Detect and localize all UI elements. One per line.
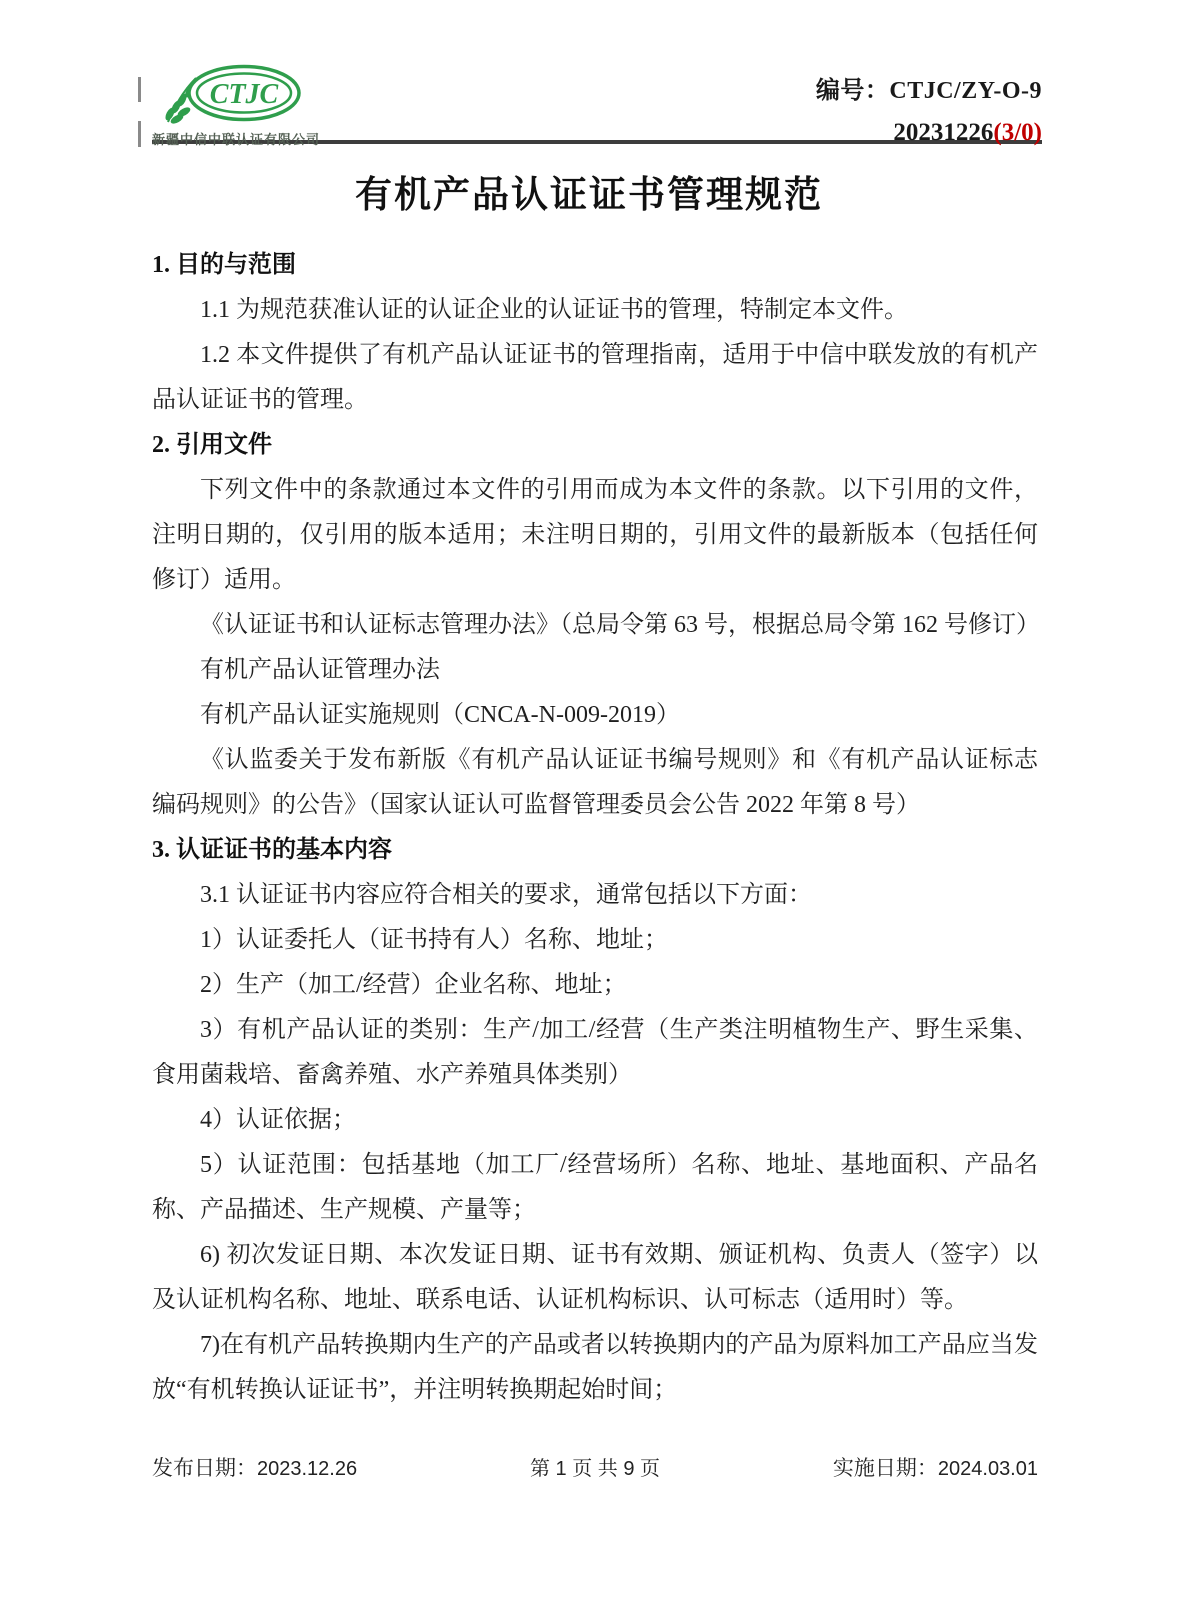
paragraph: 《认证证书和认证标志管理办法》（总局令第 63 号，根据总局令第 162 号修订… <box>152 603 1038 648</box>
page-number-info: 第 1 页 共 9 页 <box>530 1452 660 1481</box>
company-logo: CTJC 新疆中信中联认证有限公司 <box>152 64 320 148</box>
page-title: 有机产品认证证书管理规范 <box>0 164 1178 218</box>
margin-revision-bar <box>138 77 141 102</box>
page-header: CTJC 新疆中信中联认证有限公司 编号：CTJC/ZY-O-9 2023122… <box>152 64 1042 144</box>
paragraph: 4）认证依据； <box>152 1098 1038 1143</box>
paragraph: 6) 初次发证日期、本次发证日期、证书有效期、颁证机构、负责人（签字）以及认证机… <box>152 1233 1038 1323</box>
paragraph: 《认监委关于发布新版《有机产品认证证书编号规则》和《有机产品认证标志编码规则》的… <box>152 738 1038 828</box>
margin-revision-bar <box>138 121 141 147</box>
header-doc-info: 编号：CTJC/ZY-O-9 20231226(3/0) <box>816 70 1042 147</box>
paragraph: 有机产品认证实施规则（CNCA-N-009-2019） <box>152 693 1038 738</box>
page-footer: 发布日期：2023.12.26 第 1 页 共 9 页 实施日期：2024.03… <box>152 1452 1038 1482</box>
document-body: 1. 目的与范围1.1 为规范获准认证的认证企业的认证证书的管理，特制定本文件。… <box>152 243 1038 1413</box>
paragraph: 2）生产（加工/经营）企业名称、地址； <box>152 963 1038 1008</box>
implement-date: 实施日期：2024.03.01 <box>833 1452 1038 1482</box>
paragraph: 7)在有机产品转换期内生产的产品或者以转换期内的产品为原料加工产品应当发放“有机… <box>152 1323 1038 1413</box>
paragraph: 1）认证委托人（证书持有人）名称、地址； <box>152 918 1038 963</box>
paragraph: 下列文件中的条款通过本文件的引用而成为本文件的条款。以下引用的文件，注明日期的，… <box>152 468 1038 603</box>
revision-number: 20231226(3/0) <box>816 119 1042 147</box>
paragraph: 1.1 为规范获准认证的认证企业的认证证书的管理，特制定本文件。 <box>152 288 1038 333</box>
revision-suffix: (3/0) <box>993 119 1042 146</box>
release-date: 发布日期：2023.12.26 <box>152 1452 357 1482</box>
document-page: CTJC 新疆中信中联认证有限公司 编号：CTJC/ZY-O-9 2023122… <box>0 0 1178 1600</box>
section-heading: 1. 目的与范围 <box>152 243 1038 288</box>
paragraph: 1.2 本文件提供了有机产品认证证书的管理指南，适用于中信中联发放的有机产品认证… <box>152 333 1038 423</box>
paragraph: 有机产品认证管理办法 <box>152 648 1038 693</box>
company-name: 新疆中信中联认证有限公司 <box>152 129 320 148</box>
doc-number: 编号：CTJC/ZY-O-9 <box>816 70 1042 105</box>
paragraph: 5）认证范围：包括基地（加工厂/经营场所）名称、地址、基地面积、产品名称、产品描… <box>152 1143 1038 1233</box>
section-heading: 2. 引用文件 <box>152 423 1038 468</box>
paragraph: 3.1 认证证书内容应符合相关的要求，通常包括以下方面： <box>152 873 1038 918</box>
section-heading: 3. 认证证书的基本内容 <box>152 828 1038 873</box>
ctjc-logo-icon: CTJC <box>152 64 312 126</box>
paragraph: 3）有机产品认证的类别：生产/加工/经营（生产类注明植物生产、野生采集、食用菌栽… <box>152 1008 1038 1098</box>
svg-text:CTJC: CTJC <box>210 79 279 110</box>
